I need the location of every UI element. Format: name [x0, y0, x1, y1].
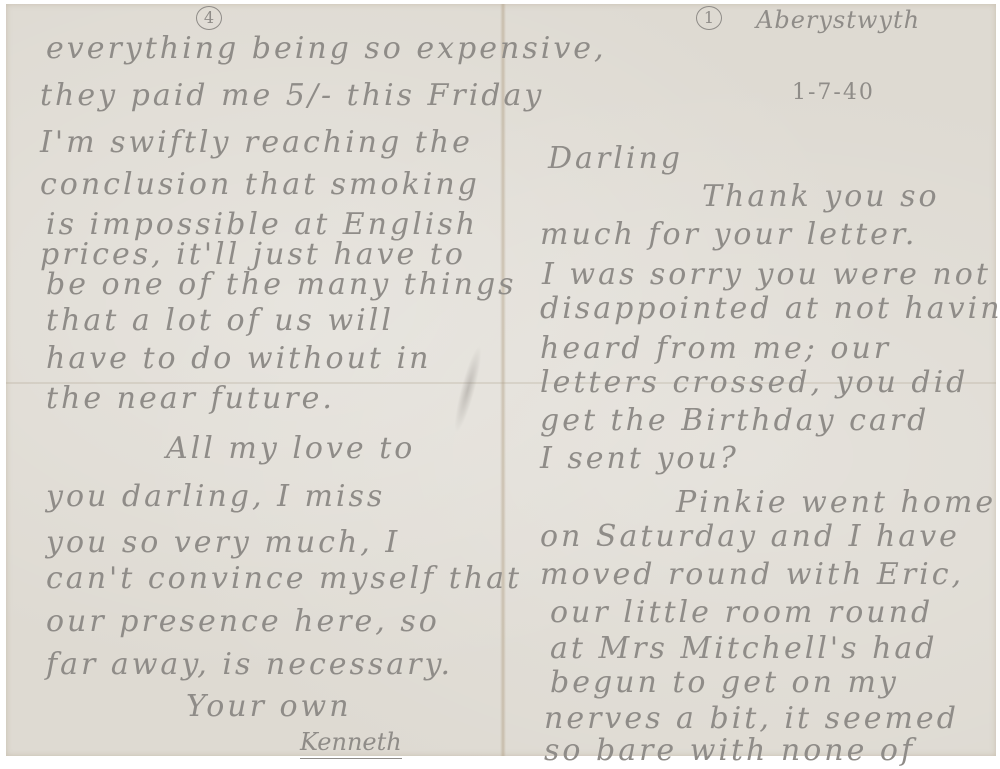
closing: Your own [186, 692, 352, 722]
letter-line: conclusion that smoking [40, 170, 480, 200]
letter-line: our presence here, so [46, 607, 440, 637]
page-number-badge: 4 [196, 6, 222, 30]
letter-line: on Saturday and I have [540, 522, 960, 552]
salutation: Darling [548, 144, 683, 174]
left-page: 4 everything being so expensive, they pa… [6, 4, 500, 756]
letter-line: Thank you so [702, 182, 940, 212]
letter-date: 1-7-40 [792, 80, 875, 105]
letter-line: disappointed at not having [540, 294, 1000, 324]
letter-line: get the Birthday card [540, 406, 929, 436]
letter-line: begun to get on my [550, 668, 899, 698]
letter-line: far away, is necessary. [46, 650, 453, 680]
letter-line: our little room round [550, 598, 933, 628]
letter-line: have to do without in [46, 344, 431, 374]
letter-line: is impossible at English [46, 210, 478, 240]
letter-line: can't convince myself that [46, 564, 522, 594]
letter-line: nerves a bit, it seemed [544, 704, 959, 734]
letter-line: the near future. [46, 384, 335, 414]
letter-line: heard from me; our [540, 334, 891, 364]
letter-line: you so very much, I [46, 528, 400, 558]
letter-line: I was sorry you were not [542, 260, 991, 290]
letter-line: be one of the many things [46, 270, 517, 300]
letter-line: they paid me 5/- this Friday [40, 81, 544, 111]
letter-line: I'm swiftly reaching the [40, 128, 473, 158]
letter-line: you darling, I miss [46, 482, 385, 512]
letter-line: All my love to [166, 434, 415, 464]
letter-line: moved round with Eric, [540, 560, 964, 590]
letter-place: Aberystwyth [756, 6, 920, 34]
letter-line: Pinkie went home [676, 488, 996, 518]
letter-line: prices, it'll just have to [40, 240, 466, 270]
signature: Kenneth [300, 728, 402, 759]
letter-line: I sent you? [540, 444, 739, 474]
letter-line: so bare with none of [544, 736, 915, 766]
letter-line: letters crossed, you did [540, 368, 968, 398]
letter-sheet: 4 everything being so expensive, they pa… [6, 4, 996, 756]
letter-line: that a lot of us will [46, 306, 394, 336]
right-page: 1 Aberystwyth 1-7-40 Darling Thank you s… [506, 4, 996, 756]
page-number-badge: 1 [696, 6, 722, 30]
letter-line: at Mrs Mitchell's had [550, 634, 938, 664]
letter-line: much for your letter. [540, 220, 917, 250]
